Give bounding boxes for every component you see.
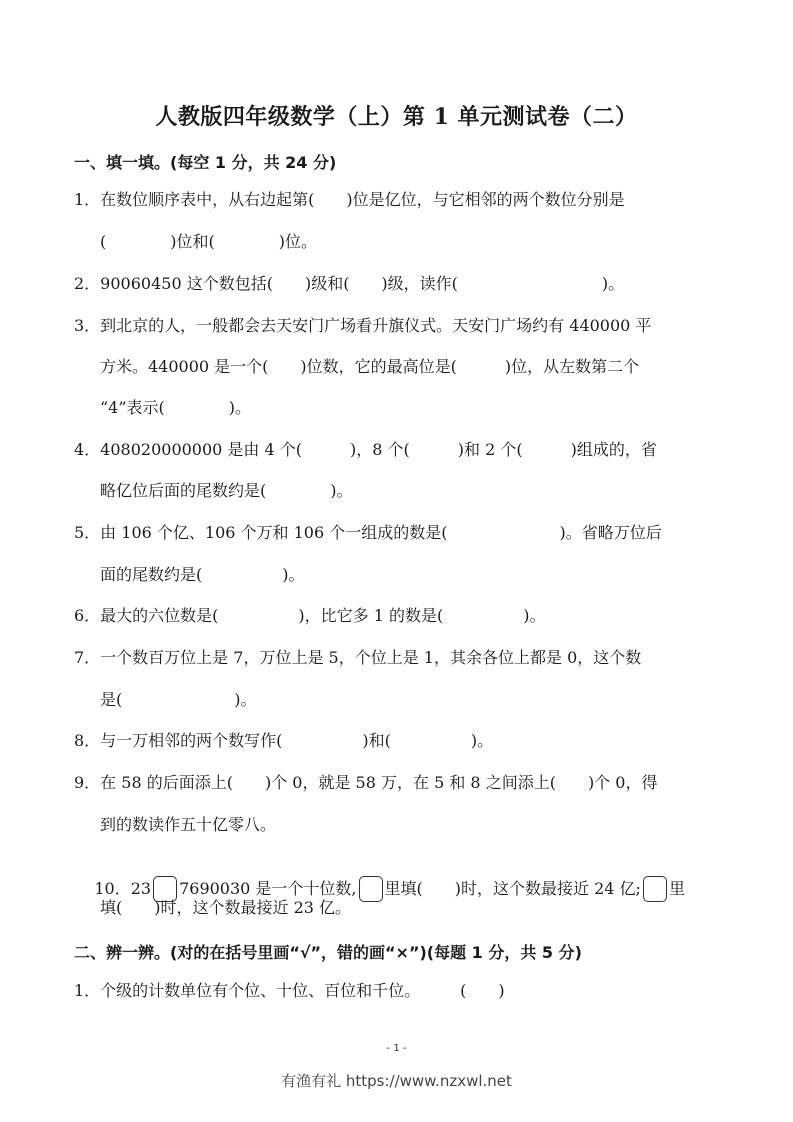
page-title: 人教版四年级数学（上）第 1 单元测试卷（二）: [0, 100, 793, 131]
section-heading-judge: 二、辨一辨。(对的在括号里画“√”，错的画“×”)(每题 1 分，共 5 分): [74, 940, 582, 963]
answer-box-icon: [359, 876, 383, 902]
question-line: 7．一个数百万位上是 7，万位上是 5，个位上是 1，其余各位上都是 0，这个数: [74, 648, 641, 668]
q10-part3: 里填( )时，这个数最接近 24 亿;: [385, 879, 641, 898]
question-line: 方米。440000 是一个( )位数，它的最高位是( )位，从左数第二个: [100, 357, 639, 377]
question-line: 2．90060450 这个数包括( )级和( )级，读作( )。: [74, 274, 624, 294]
question-line: ( )位和( )位。: [100, 232, 317, 252]
question-line: 1．在数位顺序表中，从右边起第( )位是亿位，与它相邻的两个数位分别是: [74, 190, 625, 210]
answer-box-icon: [643, 876, 667, 902]
question-line: 4．408020000000 是由 4 个( )，8 个( )和 2 个( )组…: [74, 440, 657, 460]
question-line: 3．到北京的人，一般都会去天安门广场看升旗仪式。天安门广场约有 440000 平: [74, 316, 651, 336]
question-line: “4”表示( )。: [100, 398, 251, 418]
question-line: 填( )时，这个数最接近 23 亿。: [100, 898, 351, 918]
question-line: 9．在 58 的后面添上( )个 0，就是 58 万，在 5 和 8 之间添上(…: [74, 773, 657, 793]
question-line: 到的数读作五十亿零八。: [100, 815, 276, 835]
section-heading-fill: 一、填一填。(每空 1 分，共 24 分): [74, 150, 336, 173]
question-line: 5．由 106 个亿、106 个万和 106 个一组成的数是( )。省略万位后: [74, 523, 662, 543]
question-line: 6．最大的六位数是( )，比它多 1 的数是( )。: [74, 606, 546, 626]
q10-part2: 7690030 是一个十位数,: [179, 879, 356, 898]
footer-watermark: 有渔有礼 https://www.nzxwl.net: [0, 1070, 793, 1091]
question-line: 略亿位后面的尾数约是( )。: [100, 481, 353, 501]
page-number: - 1 -: [0, 1043, 793, 1054]
question-line: 是( )。: [100, 690, 257, 710]
question-line: 1．个级的计数单位有个位、十位、百位和千位。 ( ): [74, 981, 505, 1001]
q10-part4: 里: [669, 879, 685, 898]
q10-part1: 10．23: [94, 879, 151, 898]
question-line: 面的尾数约是( )。: [100, 565, 305, 585]
document-page: 人教版四年级数学（上）第 1 单元测试卷（二） 一、填一填。(每空 1 分，共 …: [0, 0, 793, 1122]
question-line: 8．与一万相邻的两个数写作( )和( )。: [74, 731, 493, 751]
